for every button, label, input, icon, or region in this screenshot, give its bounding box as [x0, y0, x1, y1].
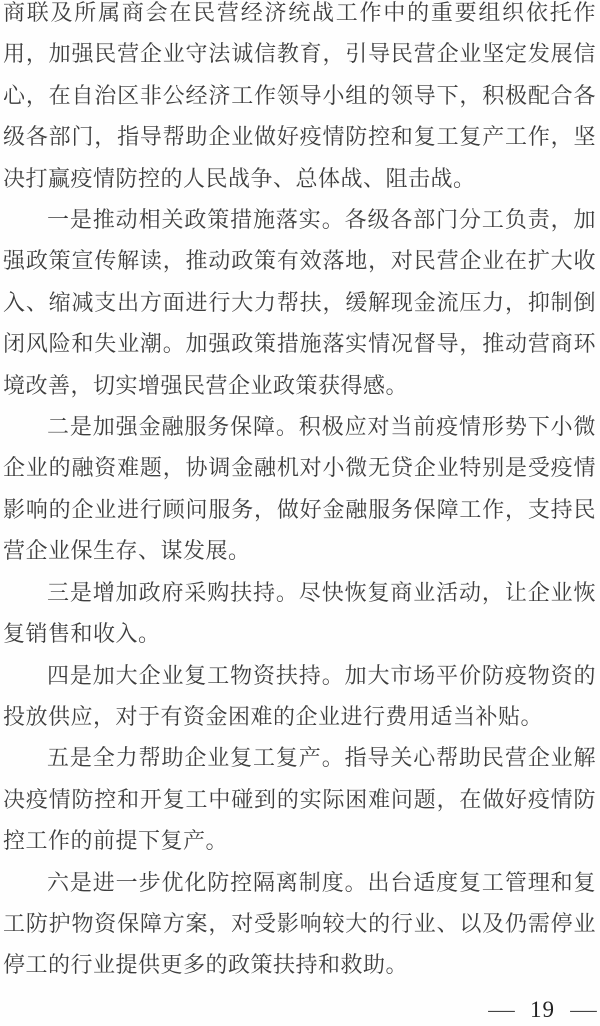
document-page: 商联及所属商会在民营经济统战工作中的重要组织依托作用，加强民营企业守法诚信教育，…: [0, 0, 600, 1026]
document-text-block: 商联及所属商会在民营经济统战工作中的重要组织依托作用，加强民营企业守法诚信教育，…: [3, 0, 596, 986]
paragraph-point-3: 三是增加政府采购扶持。尽快恢复商业活动，让企业恢复销售和收入。: [3, 572, 596, 655]
paragraph-point-2: 二是加强金融服务保障。积极应对当前疫情形势下小微企业的融资难题，协调金融机对小微…: [3, 406, 596, 572]
paragraph-point-4: 四是加大企业复工物资扶持。加大市场平价防疫物资的投放供应，对于有资金困难的企业进…: [3, 655, 596, 738]
paragraph-point-6: 六是进一步优化防控隔离制度。出台适度复工管理和复工防护物资保障方案，对受影响较大…: [3, 862, 596, 986]
footer-left-dash: —: [488, 998, 514, 1021]
footer-right-dash: —: [570, 998, 596, 1021]
page-number: 19: [530, 998, 555, 1021]
paragraph-point-1: 一是推动相关政策措施落实。各级各部门分工负责，加强政策宣传解读，推动政策有效落地…: [3, 199, 596, 406]
paragraph-continuation: 商联及所属商会在民营经济统战工作中的重要组织依托作用，加强民营企业守法诚信教育，…: [3, 0, 596, 199]
page-footer: — 19 —: [490, 998, 595, 1021]
paragraph-point-5: 五是全力帮助企业复工复产。指导关心帮助民营企业解决疫情防控和开复工中碰到的实际困…: [3, 737, 596, 861]
